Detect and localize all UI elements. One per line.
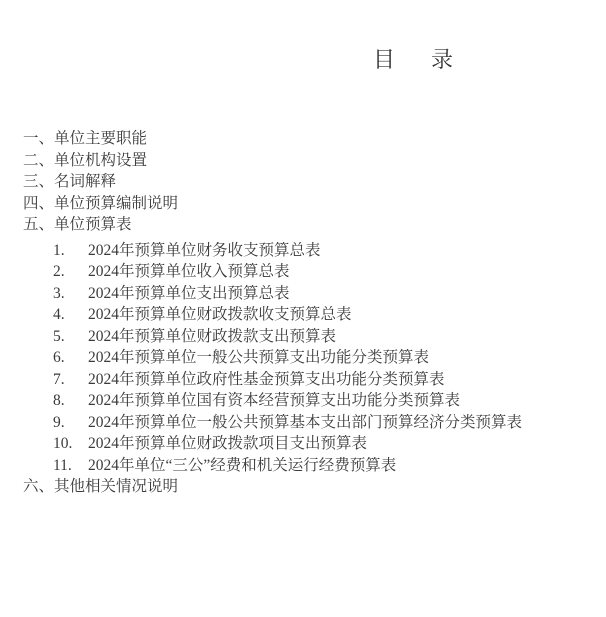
toc-subitem-text: 2024年预算单位国有资本经营预算支出功能分类预算表	[88, 392, 460, 409]
toc-subitem-number: 3.	[53, 283, 88, 305]
toc-subitem-11: 11.2024年单位“三公”经费和机关运行经费预算表	[0, 455, 606, 477]
toc-item-6: 六、其他相关情况说明	[0, 476, 606, 498]
toc-subitem-text: 2024年预算单位财务收支预算总表	[88, 242, 321, 259]
toc-subitem-6: 6.2024年预算单位一般公共预算支出功能分类预算表	[0, 347, 606, 369]
toc-subitem-1: 1.2024年预算单位财务收支预算总表	[0, 240, 606, 262]
toc-subitem-4: 4.2024年预算单位财政拨款收支预算总表	[0, 304, 606, 326]
toc-subitem-text: 2024年预算单位收入预算总表	[88, 263, 290, 280]
toc-subitem-number: 1.	[53, 240, 88, 262]
toc-item-text: 单位主要职能	[54, 130, 147, 147]
toc-item-marker: 六、	[23, 478, 54, 495]
toc-item-marker: 四、	[23, 195, 54, 212]
toc-subitem-number: 4.	[53, 304, 88, 326]
toc-item-marker: 五、	[23, 216, 54, 233]
toc-item-marker: 三、	[23, 173, 54, 190]
toc-subitem-number: 6.	[53, 347, 88, 369]
toc-item-marker: 二、	[23, 152, 54, 169]
toc-item-text: 单位预算编制说明	[54, 195, 178, 212]
toc-subitem-text: 2024年预算单位一般公共预算支出功能分类预算表	[88, 349, 429, 366]
toc-subitem-9: 9.2024年预算单位一般公共预算基本支出部门预算经济分类预算表	[0, 412, 606, 434]
toc-subitem-number: 8.	[53, 390, 88, 412]
toc-item-text: 单位机构设置	[54, 152, 147, 169]
toc-subitem-2: 2.2024年预算单位收入预算总表	[0, 261, 606, 283]
toc-subitem-10: 10.2024年预算单位财政拨款项目支出预算表	[0, 433, 606, 455]
toc-subitem-number: 7.	[53, 369, 88, 391]
toc-subitem-number: 9.	[53, 412, 88, 434]
toc-item-3: 三、名词解释	[0, 171, 606, 193]
toc-subitem-text: 2024年预算单位财政拨款收支预算总表	[88, 306, 352, 323]
toc-item-text: 单位预算表	[54, 216, 132, 233]
page-title: 目 录	[373, 47, 460, 73]
toc-subitem-8: 8.2024年预算单位国有资本经营预算支出功能分类预算表	[0, 390, 606, 412]
toc-subitem-5: 5.2024年预算单位财政拨款支出预算表	[0, 326, 606, 348]
table-of-contents: 一、单位主要职能 二、单位机构设置 三、名词解释 四、单位预算编制说明 五、单位…	[0, 128, 606, 498]
toc-subitem-3: 3.2024年预算单位支出预算总表	[0, 283, 606, 305]
toc-subitem-number: 2.	[53, 261, 88, 283]
toc-item-text: 其他相关情况说明	[54, 478, 178, 495]
toc-subitem-7: 7.2024年预算单位政府性基金预算支出功能分类预算表	[0, 369, 606, 391]
toc-item-5: 五、单位预算表	[0, 214, 606, 236]
toc-subitem-number: 10.	[53, 433, 88, 455]
toc-subitem-text: 2024年预算单位政府性基金预算支出功能分类预算表	[88, 371, 445, 388]
toc-subitem-text: 2024年预算单位一般公共预算基本支出部门预算经济分类预算表	[88, 414, 522, 431]
toc-subitem-text: 2024年预算单位财政拨款项目支出预算表	[88, 435, 367, 452]
toc-item-text: 名词解释	[54, 173, 116, 190]
document-page: 目 录 一、单位主要职能 二、单位机构设置 三、名词解释 四、单位预算编制说明 …	[0, 0, 606, 617]
toc-subitem-text: 2024年预算单位财政拨款支出预算表	[88, 328, 336, 345]
toc-subitem-number: 11.	[53, 455, 88, 477]
toc-item-2: 二、单位机构设置	[0, 150, 606, 172]
toc-subitem-text: 2024年预算单位支出预算总表	[88, 285, 290, 302]
toc-subitem-text: 2024年单位“三公”经费和机关运行经费预算表	[88, 457, 396, 474]
toc-subitem-number: 5.	[53, 326, 88, 348]
toc-item-1: 一、单位主要职能	[0, 128, 606, 150]
toc-item-marker: 一、	[23, 130, 54, 147]
toc-item-4: 四、单位预算编制说明	[0, 193, 606, 215]
